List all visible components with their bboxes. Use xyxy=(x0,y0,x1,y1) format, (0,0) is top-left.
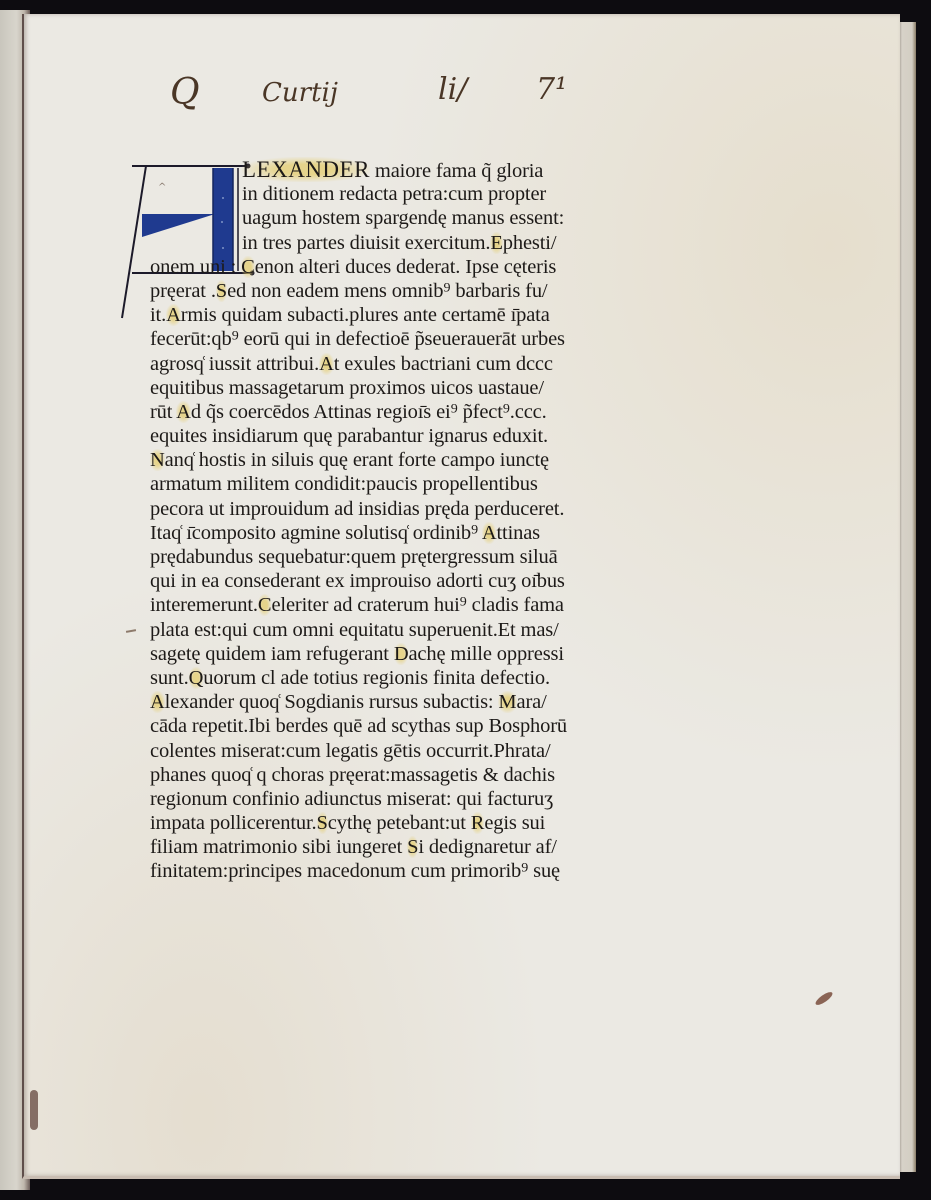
text-line: cāda repetit.Ibi berdes quē ad scythas s… xyxy=(150,714,610,738)
text-line: prędabundus sequebatur:quem prętergressu… xyxy=(150,545,610,569)
text-line: qui in ea consederant ex improuiso adort… xyxy=(150,569,610,593)
text-line: finitatem:principes macedonum cum primor… xyxy=(150,859,610,883)
text-line: agrosq͑ iussit attribui.At exules bactri… xyxy=(150,352,610,376)
text-line: LEXANDER maiore fama q̃ gloria xyxy=(150,158,610,182)
text-line: uagum hostem spargendę manus essent: xyxy=(150,206,610,230)
text-line: plata est:qui cum omni equitatu superuen… xyxy=(150,618,610,642)
text-line: equites insidiarum quę parabantur ignaru… xyxy=(150,424,610,448)
manuscript-heading: Q Curtij li/ 7¹ xyxy=(170,72,610,122)
heading-author-initial: Q xyxy=(170,72,200,113)
text-line: armatum militem condidit:paucis propelle… xyxy=(150,472,610,496)
heading-author-name: Curtij xyxy=(262,78,338,108)
text-line: equitibus massagetarum proximos uicos ua… xyxy=(150,376,610,400)
text-line: in tres partes diuisit exercitum.Ephesti… xyxy=(150,231,610,255)
heading-book-number: li/ xyxy=(438,72,467,107)
printed-text-column: LEXANDER maiore fama q̃ gloria in dition… xyxy=(150,158,610,884)
text-line: onem uni : Cenon alteri duces dederat. I… xyxy=(150,255,610,279)
text-line: it.Armis quidam subacti.plures ante cert… xyxy=(150,303,610,327)
heading-folio-number: 7¹ xyxy=(536,72,567,107)
text-line: impata pollicerentur.Scythę petebant:ut … xyxy=(150,811,610,835)
text-line: Alexander quoq͑ Sogdianis rursus subacti… xyxy=(150,690,610,714)
text-line: sunt.Quorum cl ade totius regionis finit… xyxy=(150,666,610,690)
text-line: phanes quoq͑ q choras pręerat:massagetis… xyxy=(150,763,610,787)
text-line: interemerunt.Celeriter ad craterum hui⁹ … xyxy=(150,593,610,617)
text-line: pręerat .Sed non eadem mens omnib⁹ barba… xyxy=(150,279,610,303)
text-line: Itaq͑ ı̄composito agmine solutisq͑ ordin… xyxy=(150,521,610,545)
edge-foxing xyxy=(30,1090,38,1130)
text-line: fecerūt:qb⁹ eorū qui in defectioē p̃seue… xyxy=(150,327,610,351)
text-line: in ditionem redacta petra:cum propter xyxy=(150,182,610,206)
text-line: rūt Ad q̃s coercēdos Attinas regioı̄s ei… xyxy=(150,400,610,424)
text-line: pecora ut improuidum ad insidias pręda p… xyxy=(150,497,610,521)
text-line: Nanq͑ hostis in siluis quę erant forte c… xyxy=(150,448,610,472)
text-line: filiam matrimonio sibi iungeret Si dedig… xyxy=(150,835,610,859)
text-line: regionum confinio adiunctus miserat: qui… xyxy=(150,787,610,811)
text-line: colentes miserat:cum legatis gētis occur… xyxy=(150,739,610,763)
text-line: sagetę quidem iam refugerant Dachę mille… xyxy=(150,642,610,666)
